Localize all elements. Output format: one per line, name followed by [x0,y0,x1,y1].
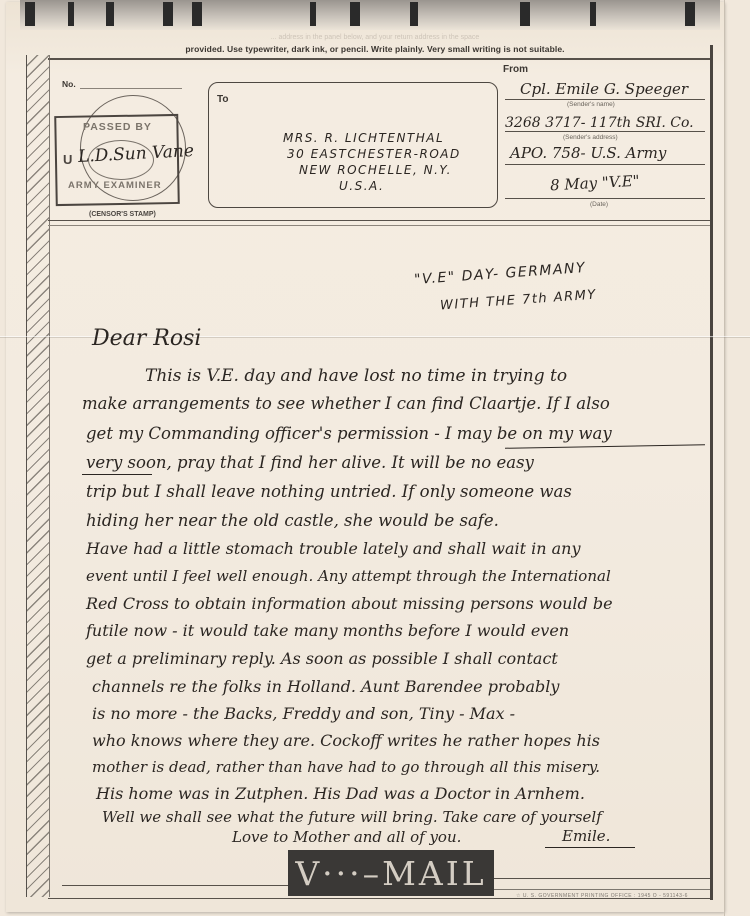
vmail-logo-text: V···–MAIL [295,854,486,893]
recipient-name: MRS. R. LICHTENTHAL [283,131,444,145]
form-instructions: provided. Use typewriter, dark ink, or p… [0,44,750,54]
letter-line: hiding her near the old castle, she woul… [86,511,499,530]
footer-rule-right-2 [494,889,710,890]
senders-name-label: (Sender's name) [567,101,615,108]
right-border [710,45,713,900]
gpo-imprint: ☆ U. S. GOVERNMENT PRINTING OFFICE : 194… [516,893,688,899]
to-label: To [217,94,228,105]
microfilm-edge-strip [20,0,720,30]
sender-address-line [505,131,705,132]
sender-serial-unit: 3268 3717- 117th SRI. Co. [505,115,694,131]
no-label: No. [62,79,76,89]
letter-line: Red Cross to obtain information about mi… [86,594,613,613]
stamp-u-letter: U [63,152,73,167]
letter-line: futile now - it would take many months b… [86,621,569,640]
letter-line: Well we shall see what the future will b… [102,808,602,826]
letter-line: mother is dead, rather than have had to … [92,758,600,776]
letter-line: very soon, pray that I find her alive. I… [86,453,534,472]
letter-closing: Love to Mother and all of you. [232,828,461,846]
letter-line: is no more - the Backs, Freddy and son, … [92,704,515,723]
signature: Emile. [562,827,610,845]
senders-address-label: (Sender's address) [563,134,618,141]
from-label: From [503,64,528,75]
censor-stamp-label: (CENSOR'S STAMP) [89,211,156,218]
hatched-margin [26,55,50,897]
recipient-street: 30 EASTCHESTER-ROAD [287,147,461,161]
letter-line: get my Commanding officer's permission -… [86,424,612,443]
emphasis-underline [82,474,152,475]
letter-line: get a preliminary reply. As soon as poss… [86,649,558,668]
footer-rule-left [62,885,288,886]
recipient-country: U.S.A. [339,179,384,193]
sender-apo: APO. 758- U.S. Army [510,144,666,162]
salutation: Dear Rosi [92,326,201,351]
letter-line: trip but I shall leave nothing untried. … [86,482,572,501]
vmail-logo: V···–MAIL [288,850,494,896]
header-rule [48,58,710,60]
no-field-line [80,88,182,89]
stamp-army-examiner: ARMY EXAMINER [68,180,162,191]
signature-underline [545,847,635,848]
letter-line: channels re the folks in Holland. Aunt B… [92,677,559,696]
sheet-edge [724,0,725,916]
date-line [505,198,705,199]
sender-name: Cpl. Emile G. Speeger [520,80,688,98]
letter-line: make arrangements to see whether I can f… [82,394,610,413]
sender-name-line [505,99,705,100]
letter-line: who knows where they are. Cockoff writes… [92,731,600,750]
letter-line: This is V.E. day and have lost no time i… [145,366,567,386]
letter-line: Have had a little stomach trouble lately… [86,539,581,558]
header-divider [48,220,710,221]
gpo-imprint-text: U. S. GOVERNMENT PRINTING OFFICE : 1945 … [523,893,688,899]
stamp-passed-by: PASSED BY [83,121,152,133]
instructions-faint: ... address in the panel below, and your… [0,34,750,41]
recipient-city: NEW ROCHELLE, N.Y. [299,163,452,177]
date-label: (Date) [590,201,608,208]
letter-line: His home was in Zutphen. His Dad was a D… [96,784,585,803]
footer-rule-right [494,878,710,879]
star-icon: ☆ [516,893,523,899]
sender-apo-line [505,164,705,165]
letter-line: event until I feel well enough. Any atte… [86,567,611,585]
header-divider-2 [48,225,710,226]
